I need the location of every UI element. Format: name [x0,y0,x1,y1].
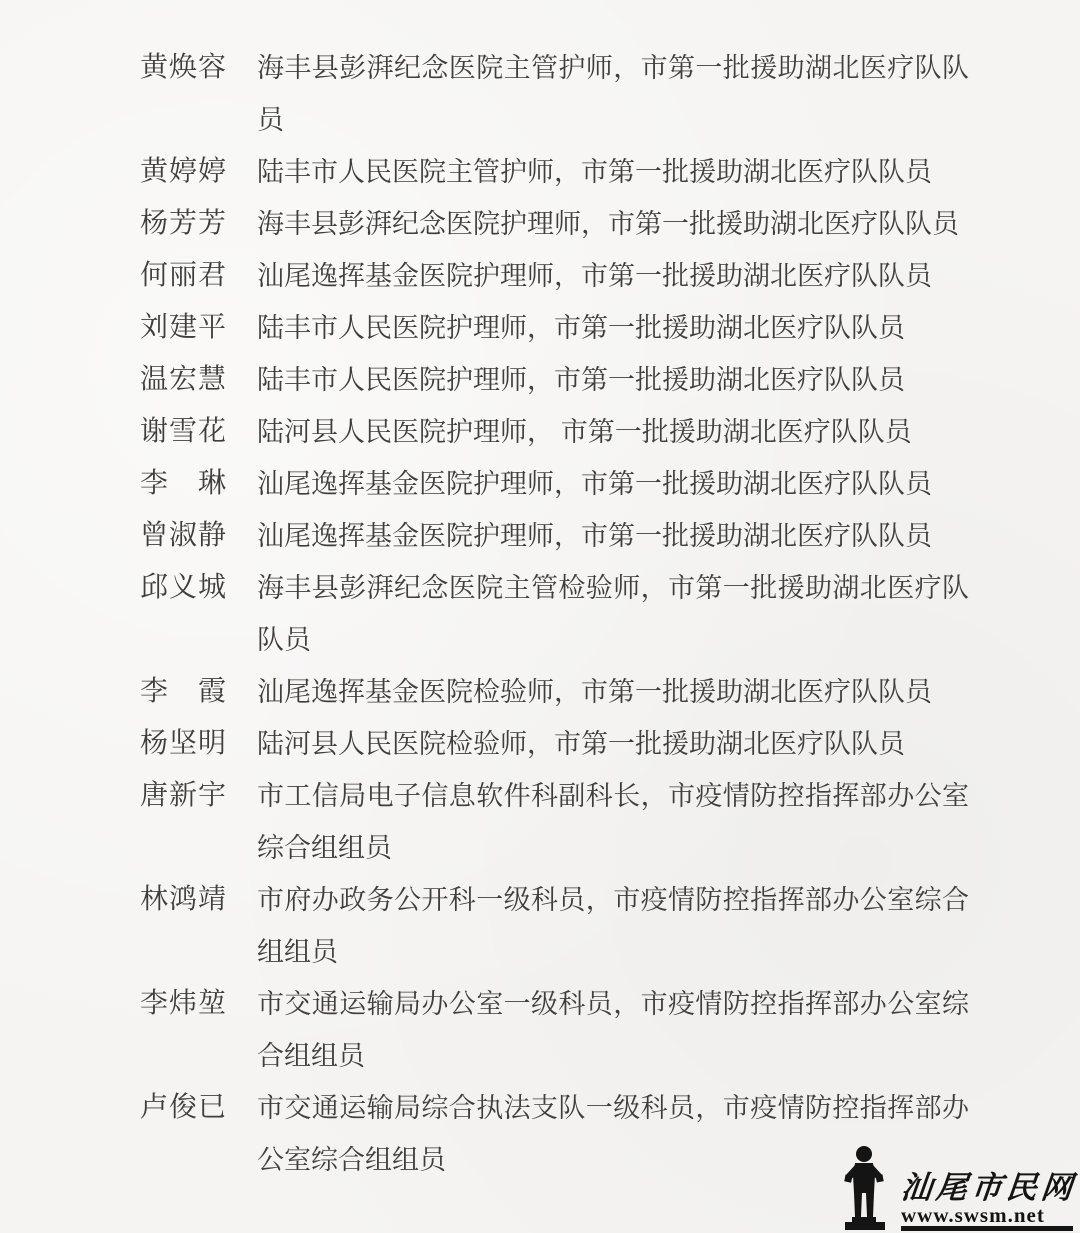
person-role-description: 市交通运输局办公室一级科员，市疫情防控指挥部办公室综合组组员 [257,978,969,1082]
person-role-description: 陆河县人民医院护理师， 市第一批援助湖北医疗队队员 [257,406,969,458]
person-role-description: 陆丰市人民医院主管护师，市第一批援助湖北医疗队队员 [257,146,969,198]
list-entry: 李 霞 汕尾逸挥基金医院检验师，市第一批援助湖北医疗队队员 [140,666,1080,718]
person-role-description: 汕尾逸挥基金医院检验师，市第一批援助湖北医疗队队员 [257,666,969,718]
list-entry: 何丽君 汕尾逸挥基金医院护理师，市第一批援助湖北医疗队队员 [140,250,1080,302]
person-role-description: 汕尾逸挥基金医院护理师，市第一批援助湖北医疗队队员 [257,510,969,562]
person-role-description: 汕尾逸挥基金医院护理师，市第一批援助湖北医疗队队员 [257,458,969,510]
honor-name-list: 黄焕容 海丰县彭湃纪念医院主管护师，市第一批援助湖北医疗队队员 黄婷婷 陆丰市人… [0,0,1080,1186]
person-name: 卢俊已 [140,1082,257,1134]
person-name: 黄焕容 [140,42,257,94]
person-name: 邱义城 [140,562,257,614]
person-name: 曾淑静 [140,510,257,562]
watermark-text-block: 汕尾市民网 www.swsm.net [901,1172,1076,1233]
person-name: 杨坚明 [140,718,257,770]
person-name: 李 琳 [140,458,257,510]
person-role-description: 市工信局电子信息软件科副科长，市疫情防控指挥部办公室综合组组员 [257,770,969,874]
person-role-description: 汕尾逸挥基金医院护理师，市第一批援助湖北医疗队队员 [257,250,969,302]
list-entry: 温宏慧 陆丰市人民医院护理师，市第一批援助湖北医疗队队员 [140,354,1080,406]
person-silhouette-icon [835,1145,897,1233]
list-entry: 邱义城 海丰县彭湃纪念医院主管检验师，市第一批援助湖北医疗队队员 [140,562,1080,666]
list-entry: 黄婷婷 陆丰市人民医院主管护师，市第一批援助湖北医疗队队员 [140,146,1080,198]
person-role-description: 海丰县彭湃纪念医院主管检验师，市第一批援助湖北医疗队队员 [257,562,969,666]
person-name: 何丽君 [140,250,257,302]
person-role-description: 陆河县人民医院检验师，市第一批援助湖北医疗队队员 [257,718,969,770]
list-entry: 杨芳芳 海丰县彭湃纪念医院护理师，市第一批援助湖北医疗队队员 [140,198,1080,250]
person-name: 黄婷婷 [140,146,257,198]
person-name: 谢雪花 [140,406,257,458]
person-role-description: 陆丰市人民医院护理师，市第一批援助湖北医疗队队员 [257,354,969,406]
person-role-description: 海丰县彭湃纪念医院主管护师，市第一批援助湖北医疗队队员 [257,42,969,146]
watermark-site-url: www.swsm.net [901,1204,1073,1231]
person-role-description: 陆丰市人民医院护理师，市第一批援助湖北医疗队队员 [257,302,969,354]
person-name: 李 霞 [140,666,257,718]
person-name: 杨芳芳 [140,198,257,250]
list-entry: 李 琳 汕尾逸挥基金医院护理师，市第一批援助湖北医疗队队员 [140,458,1080,510]
person-name: 李炜堃 [140,978,257,1030]
person-role-description: 市府办政务公开科一级科员，市疫情防控指挥部办公室综合组组员 [257,874,969,978]
list-entry: 谢雪花 陆河县人民医院护理师， 市第一批援助湖北医疗队队员 [140,406,1080,458]
person-name: 林鸿靖 [140,874,257,926]
list-entry: 曾淑静 汕尾逸挥基金医院护理师，市第一批援助湖北医疗队队员 [140,510,1080,562]
list-entry: 李炜堃 市交通运输局办公室一级科员，市疫情防控指挥部办公室综合组组员 [140,978,1080,1082]
person-name: 刘建平 [140,302,257,354]
site-watermark: 汕尾市民网 www.swsm.net [835,1145,1076,1233]
list-entry: 林鸿靖 市府办政务公开科一级科员，市疫情防控指挥部办公室综合组组员 [140,874,1080,978]
list-entry: 黄焕容 海丰县彭湃纪念医院主管护师，市第一批援助湖北医疗队队员 [140,42,1080,146]
list-entry: 刘建平 陆丰市人民医院护理师，市第一批援助湖北医疗队队员 [140,302,1080,354]
person-role-description: 海丰县彭湃纪念医院护理师，市第一批援助湖北医疗队队员 [257,198,969,250]
list-entry: 唐新宇 市工信局电子信息软件科副科长，市疫情防控指挥部办公室综合组组员 [140,770,1080,874]
list-entry: 杨坚明 陆河县人民医院检验师，市第一批援助湖北医疗队队员 [140,718,1080,770]
scanned-document-page: 黄焕容 海丰县彭湃纪念医院主管护师，市第一批援助湖北医疗队队员 黄婷婷 陆丰市人… [0,0,1080,1233]
person-name: 温宏慧 [140,354,257,406]
person-name: 唐新宇 [140,770,257,822]
watermark-site-name: 汕尾市民网 [899,1172,1077,1204]
